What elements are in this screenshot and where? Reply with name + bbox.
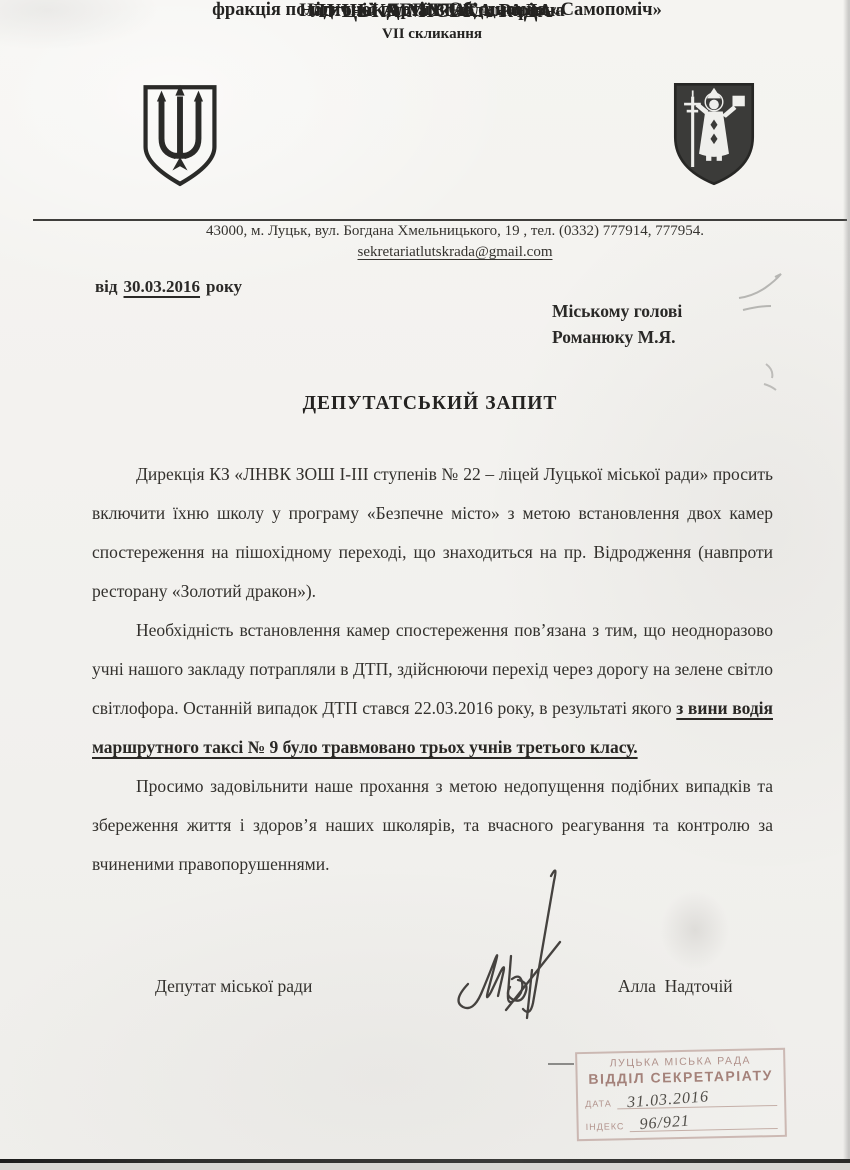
paragraph-2: Необхідність встановлення камер спостере… [92,611,773,767]
stamp-date-label: ДАТА [585,1098,612,1110]
email-line: sekretariatlutskrada@gmail.com [0,244,850,261]
addressee-line2: Романюку М.Я. [552,324,682,350]
stamp-department: ВІДДІЛ СЕКРЕТАРІАТУ [584,1067,776,1087]
stamp-index-field: 96/921 [629,1112,778,1132]
document-date-line: від30.03.2016року [95,277,242,297]
email-text: sekretariatlutskrada@gmail.com [358,244,553,260]
stamp-index-row: ІНДЕКС 96/921 [585,1112,777,1133]
paragraph-2-text: Необхідність встановлення камер спостере… [92,620,773,718]
scan-edge-right [843,0,850,1170]
address-line: 43000, м. Луцьк, вул. Богдана Хмельницьк… [0,223,850,240]
date-suffix: року [206,277,242,296]
paragraph-1: Дирекція КЗ «ЛНВК ЗОШ І-ІІІ ступенів № 2… [92,455,773,611]
addressee-block: Міському голові Романюку М.Я. [552,298,682,350]
addressee-line1: Міському голові [552,298,682,324]
stamp-index-label: ІНДЕКС [586,1121,625,1133]
scan-paper-edge [0,1163,850,1170]
signer-position: Депутат міської ради [155,976,312,997]
pen-mark [548,1063,574,1065]
date-prefix: від [95,277,118,296]
handwritten-signature-icon [448,852,582,1024]
pencil-mark-2 [758,358,788,394]
pencil-mark-1 [735,268,795,318]
scan-edge-bottom [0,1159,850,1163]
scan-smudge-top [0,0,160,50]
stamp-index-handwritten: 96/921 [639,1113,691,1135]
stamp-date-row: ДАТА 31.03.2016 [585,1089,777,1110]
signer-name: Алла Надточій [618,976,733,997]
date-value: 30.03.2016 [124,277,201,296]
header-divider [33,219,847,221]
paragraph-3: Просимо задовільнити наше прохання з мет… [92,767,773,884]
document-body: Дирекція КЗ «ЛНВК ЗОШ І-ІІІ ступенів № 2… [92,455,773,884]
scan-smudge-signature [660,890,730,970]
lutsk-coat-of-arms-icon [670,76,758,192]
stamp-date-handwritten: 31.03.2016 [626,1088,709,1112]
registration-stamp: ЛУЦЬКА МІСЬКА РАДА ВІДДІЛ СЕКРЕТАРІАТУ Д… [575,1048,787,1141]
document-title: ДЕПУТАТСЬКИЙ ЗАПИТ [0,393,850,415]
scanned-document-page: ЛУЦЬКА МІСЬКА РАДА VII скликання ДЕПУТАТ… [0,0,850,1170]
stamp-date-field: 31.03.2016 [617,1089,778,1109]
ukraine-trident-icon [138,74,222,198]
